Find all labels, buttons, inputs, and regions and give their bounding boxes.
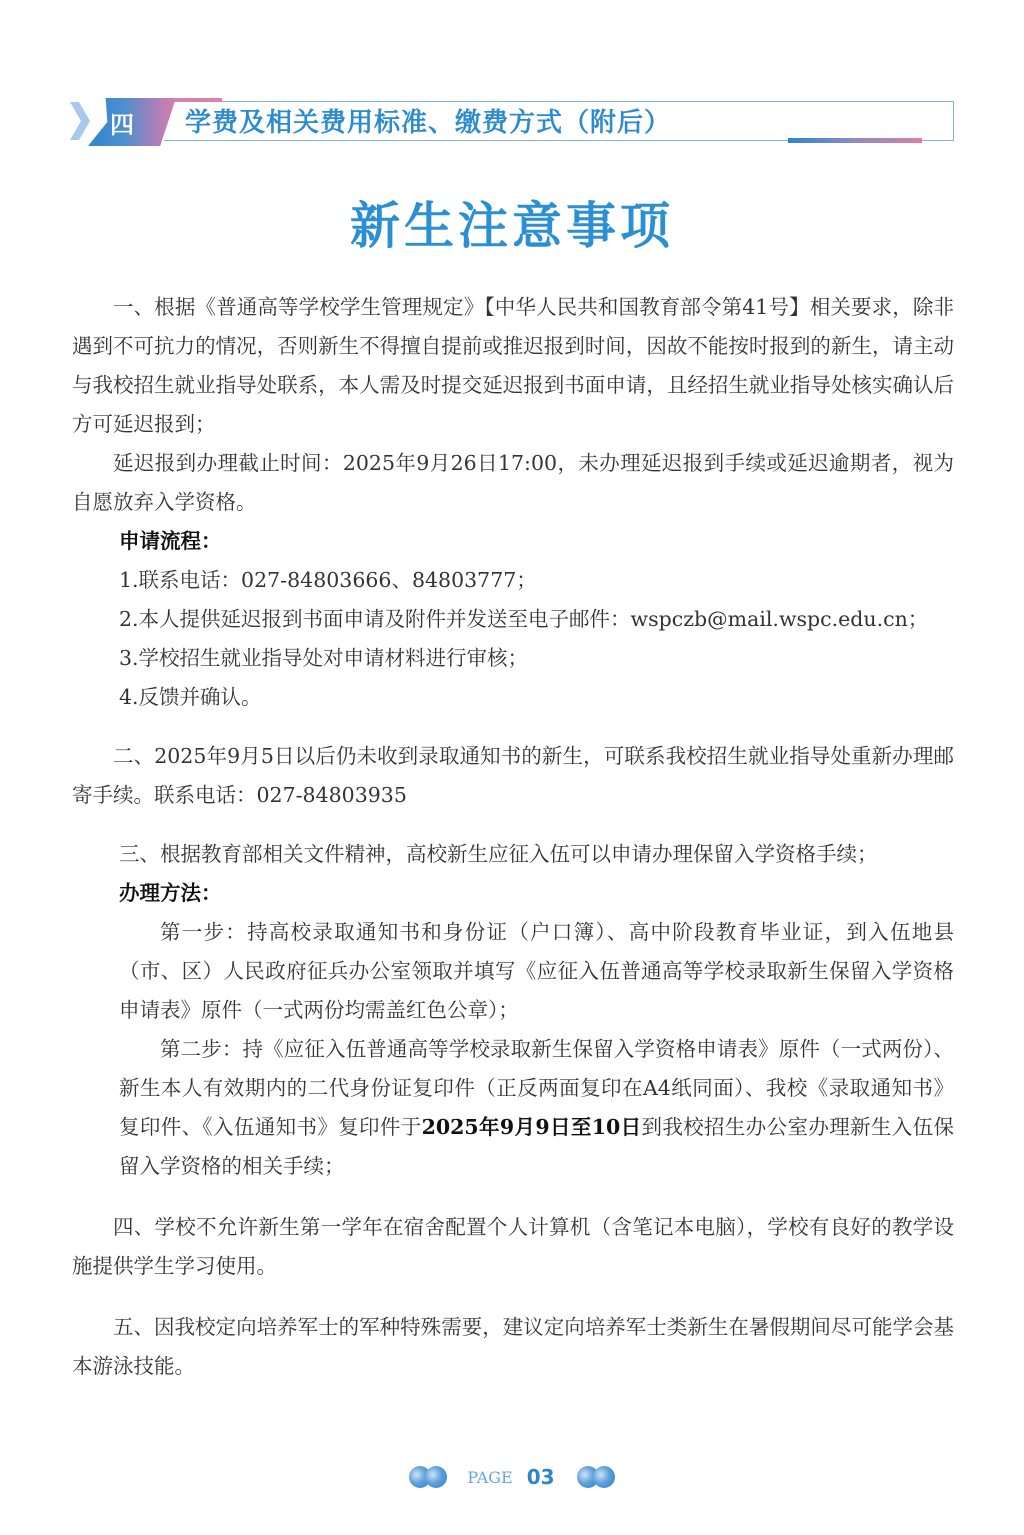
page-title: 新生注意事项 <box>0 186 1024 258</box>
section-3-step-2: 第二步：持《应征入伍普通高等学校录取新生保留入学资格申请表》原件（一式两份）、新… <box>119 1030 954 1186</box>
section-1-paragraph: 一、根据《普通高等学校学生管理规定》【中华人民共和国教育部令第41号】相关要求，… <box>72 288 954 444</box>
process-step: 1.联系电话：027-84803666、84803777； <box>119 561 954 600</box>
section-3-step-1: 第一步：持高校录取通知书和身份证（户口簿）、高中阶段教育毕业证，到入伍地县（市、… <box>119 913 954 1030</box>
spacer <box>72 717 954 737</box>
process-step: 2.本人提供延迟报到书面申请及附件并发送至电子邮件：wspczb@mail.ws… <box>119 600 954 639</box>
spacer <box>72 1286 954 1308</box>
banner-underline-accent <box>788 138 922 143</box>
section-banner: 四 学费及相关费用标准、缴费方式（附后） <box>70 98 954 146</box>
process-steps: 1.联系电话：027-84803666、84803777； 2.本人提供延迟报到… <box>72 561 954 717</box>
page-footer: PAGE 03 <box>0 1462 1024 1492</box>
document-body: 一、根据《普通高等学校学生管理规定》【中华人民共和国教育部令第41号】相关要求，… <box>72 288 954 1386</box>
process-label: 申请流程： <box>72 522 954 561</box>
page-label: PAGE <box>467 1468 512 1487</box>
section-5-paragraph: 五、因我校定向培养军士的军种特殊需要，建议定向培养军士类新生在暑假期间尽可能学会… <box>72 1308 954 1386</box>
step-2-date: 2025年9月9日至10日 <box>422 1115 642 1139</box>
section-3-intro: 三、根据教育部相关文件精神，高校新生应征入伍可以申请办理保留入学资格手续； <box>119 835 954 874</box>
spacer <box>72 815 954 835</box>
section-1-deadline: 延迟报到办理截止时间：2025年9月26日17:00，未办理延迟报到手续或延迟逾… <box>72 444 954 522</box>
decorative-circles-icon <box>409 1466 447 1488</box>
page-number: 03 <box>527 1465 555 1489</box>
method-label: 办理方法： <box>119 874 954 913</box>
section-number: 四 <box>92 98 152 146</box>
section-4-paragraph: 四、学校不允许新生第一学年在宿舍配置个人计算机（含笔记本电脑），学校有良好的教学… <box>72 1208 954 1286</box>
section-2-paragraph: 二、2025年9月5日以后仍未收到录取通知书的新生，可联系我校招生就业指导处重新… <box>72 737 954 815</box>
circle-icon <box>425 1466 447 1488</box>
spacer <box>72 1186 954 1208</box>
process-step: 3.学校招生就业指导处对申请材料进行审核； <box>119 639 954 678</box>
decorative-circles-icon <box>577 1466 615 1488</box>
section-3: 三、根据教育部相关文件精神，高校新生应征入伍可以申请办理保留入学资格手续； 办理… <box>72 835 954 1186</box>
section-title: 学费及相关费用标准、缴费方式（附后） <box>185 101 671 139</box>
chevron-right-icon <box>70 102 90 140</box>
process-step: 4.反馈并确认。 <box>119 678 954 717</box>
circle-icon <box>593 1466 615 1488</box>
